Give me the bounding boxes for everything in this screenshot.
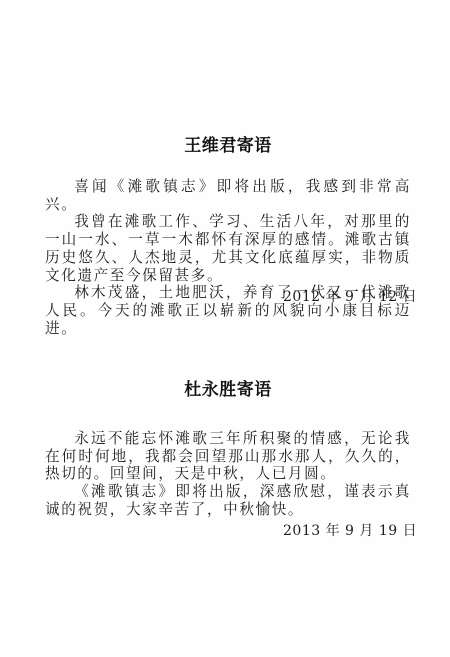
- signature-date: 2012 年 9 月 12 日: [283, 288, 417, 306]
- section-body: 喜闻《滩歌镇志》即将出版，我感到非常高兴。 我曾在滩歌工作、学习、生活八年，对那…: [45, 178, 411, 337]
- paragraph: 喜闻《滩歌镇志》即将出版，我感到非常高兴。: [45, 178, 411, 213]
- section-body: 永远不能忘怀滩歌三年所积聚的情感，无论我在何时何地，我都会回望那山那水那人，久久…: [45, 430, 411, 519]
- paragraph: 《滩歌镇志》即将出版，深感欣慰，谨表示真诚的祝贺，大家辛苦了，中秋愉快。: [45, 483, 411, 518]
- paragraph: 我曾在滩歌工作、学习、生活八年，对那里的一山一水、一草一木都怀有深厚的感情。滩歌…: [45, 213, 411, 284]
- section-title: 王维君寄语: [45, 136, 411, 156]
- paragraph: 永远不能忘怀滩歌三年所积聚的情感，无论我在何时何地，我都会回望那山那水那人，久久…: [45, 430, 411, 483]
- section-title: 杜永胜寄语: [45, 380, 411, 400]
- document-page: 王维君寄语 喜闻《滩歌镇志》即将出版，我感到非常高兴。 我曾在滩歌工作、学习、生…: [0, 0, 450, 657]
- signature-date: 2013 年 9 月 19 日: [283, 522, 417, 540]
